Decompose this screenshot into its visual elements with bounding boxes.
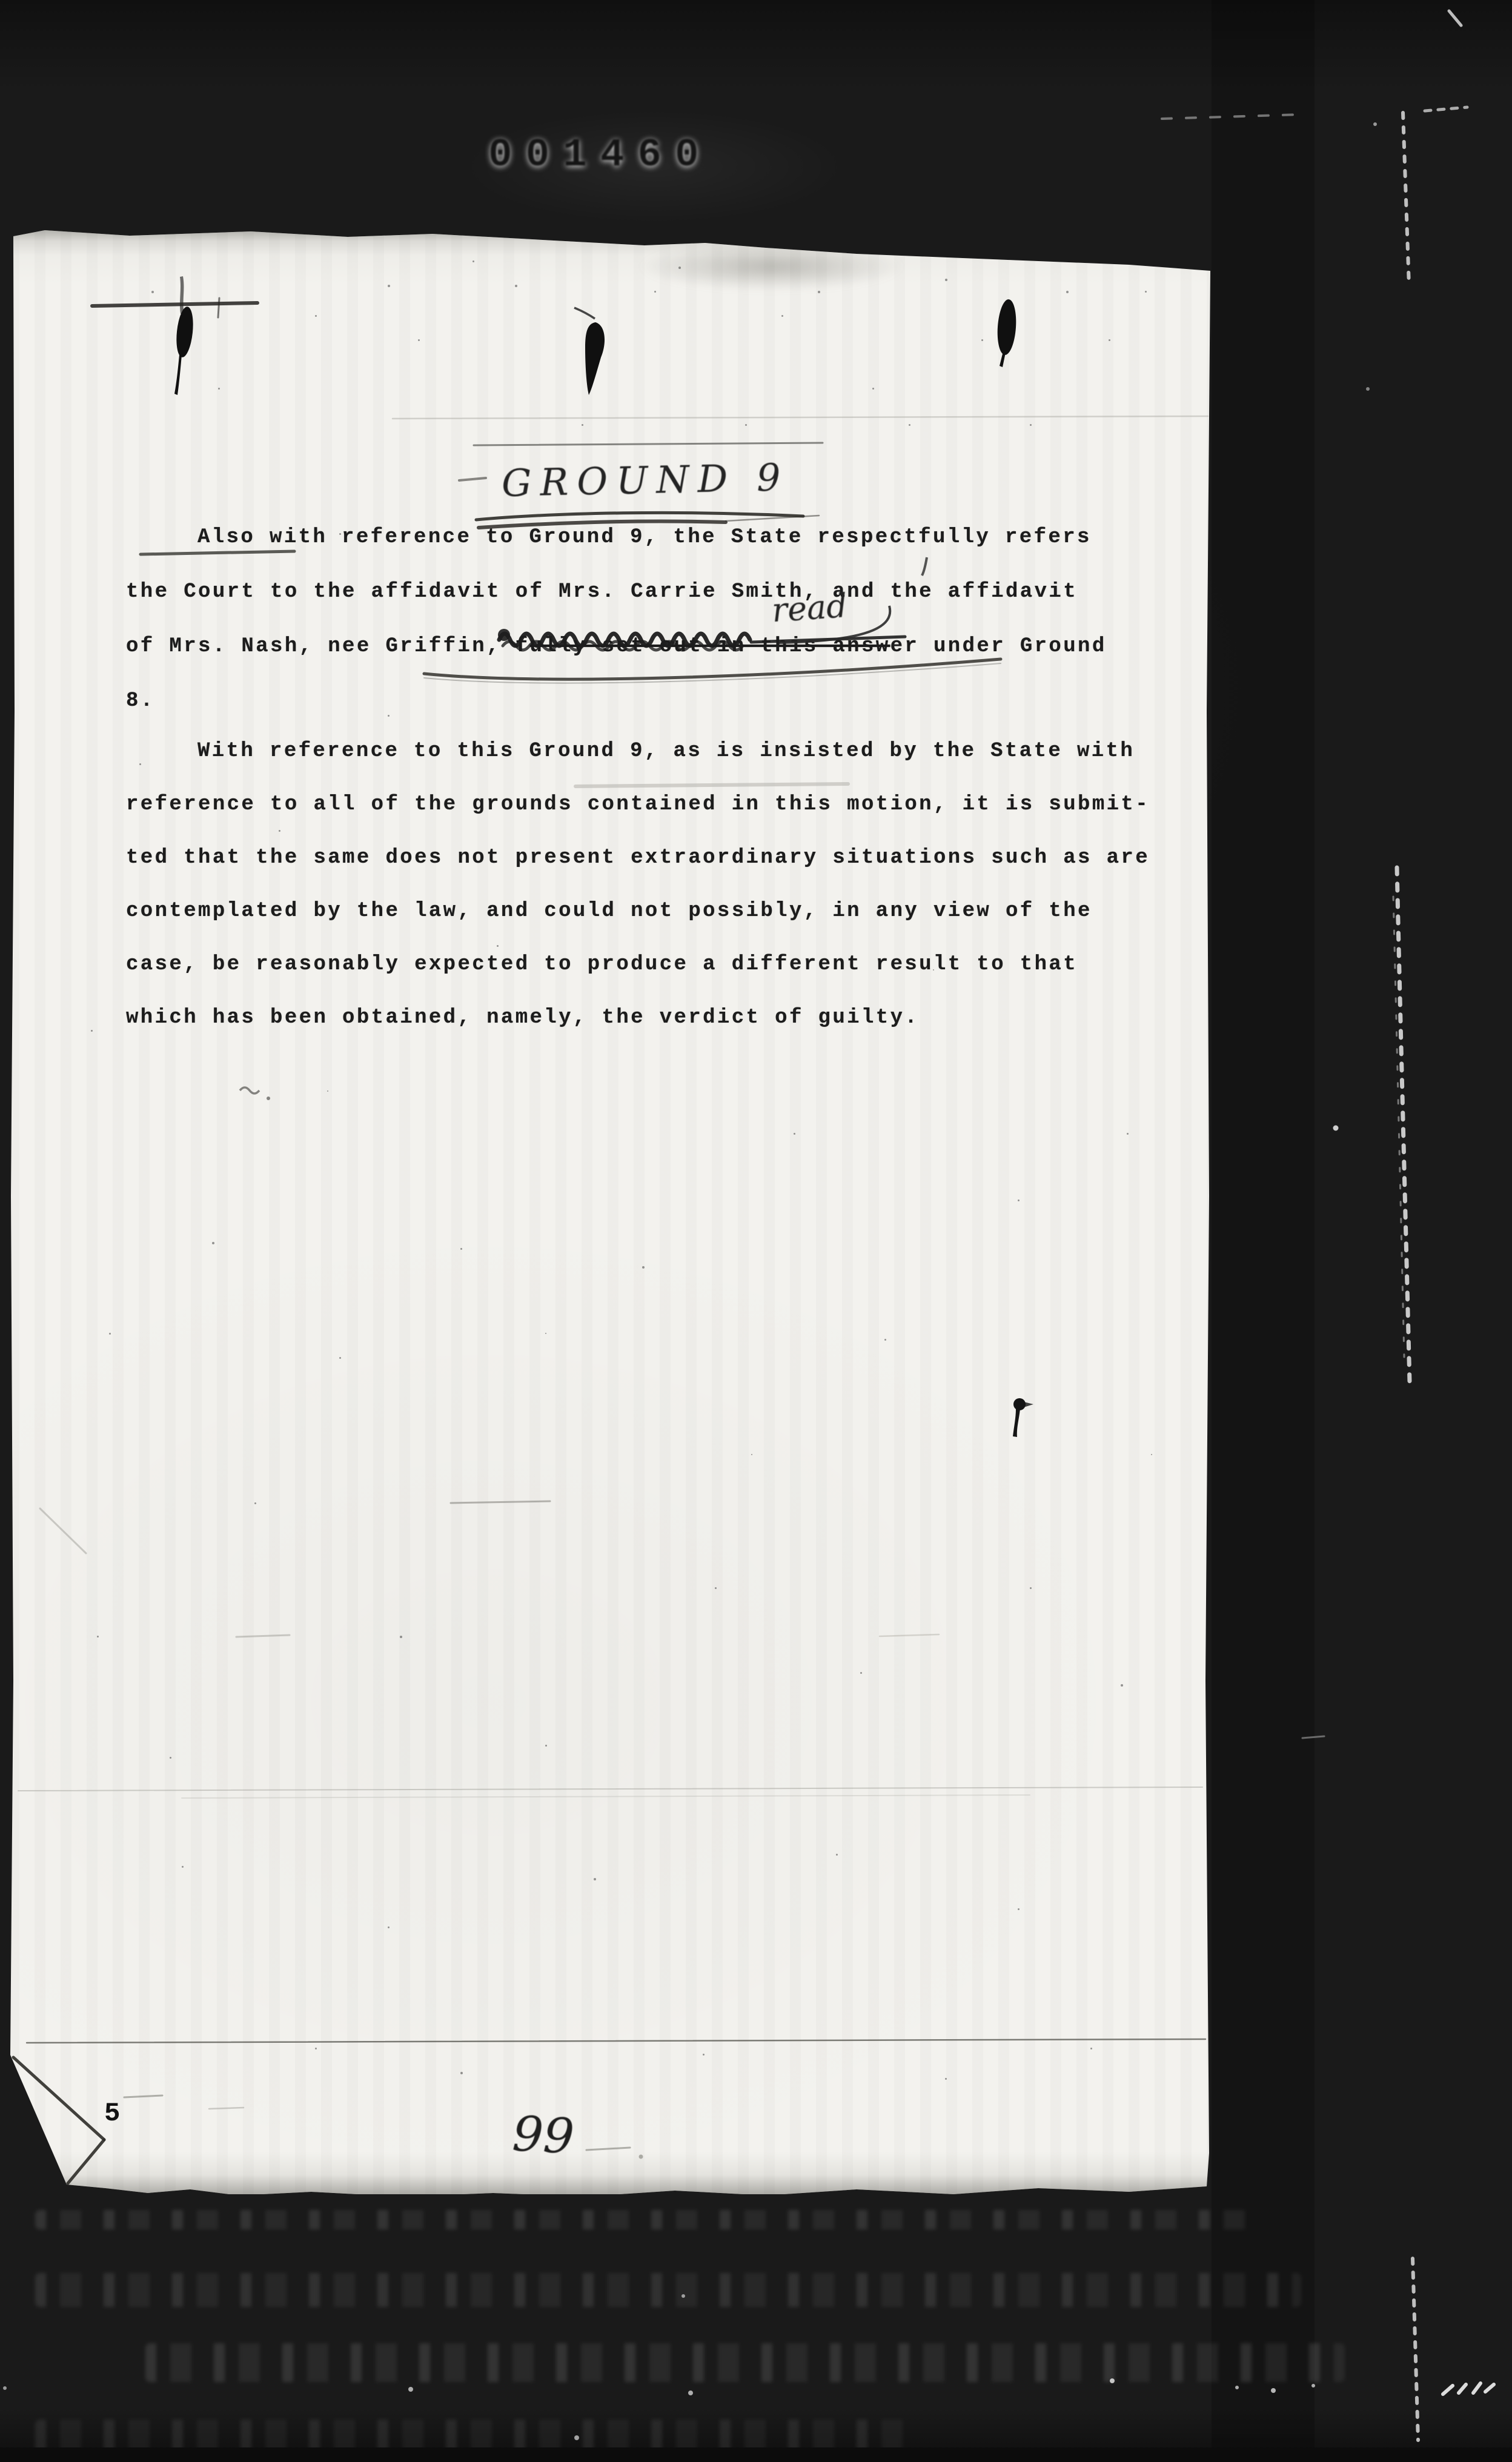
paragraph-1-line-4: 8. bbox=[126, 674, 1107, 728]
paper-speck bbox=[745, 424, 747, 426]
paper-speck bbox=[794, 1133, 795, 1135]
ghost-text-row bbox=[35, 2210, 1265, 2229]
paper-speck bbox=[327, 1090, 328, 1092]
paper-speck bbox=[388, 285, 390, 287]
paper-speck bbox=[703, 2054, 705, 2056]
paper-speck bbox=[1121, 1684, 1123, 1687]
paper-speck bbox=[945, 279, 947, 281]
handwritten-heading: GROUND 9 bbox=[501, 455, 789, 505]
paper-speck bbox=[1145, 291, 1147, 293]
paper-speck bbox=[1030, 1587, 1032, 1589]
paper-speck bbox=[460, 1248, 462, 1250]
paper-speck bbox=[315, 315, 317, 317]
ghost-text-row bbox=[145, 2343, 1345, 2382]
paper-speck bbox=[418, 339, 420, 341]
paragraph-1-line-1: Also with reference to Ground 9, the Sta… bbox=[126, 510, 1107, 565]
paper-speck bbox=[1018, 1908, 1020, 1910]
paper-speck bbox=[1018, 1199, 1020, 1201]
paper-speck bbox=[884, 1339, 886, 1341]
paper-speck bbox=[460, 2072, 463, 2074]
paper-speck bbox=[339, 1357, 341, 1359]
film-bottom-strip bbox=[0, 2447, 1512, 2462]
paper-speck bbox=[97, 1636, 99, 1637]
paper-speck bbox=[654, 291, 656, 293]
paper-speck bbox=[400, 1636, 402, 1638]
paper-speck bbox=[981, 339, 983, 341]
paper-speck bbox=[1066, 291, 1069, 293]
paper-speck bbox=[545, 1745, 547, 1747]
paper-speck bbox=[254, 1502, 256, 1504]
paper-speck bbox=[818, 291, 820, 293]
line-3-suffix: er under Ground bbox=[890, 635, 1107, 658]
film-stamp-number: 001460 001460 bbox=[488, 133, 827, 194]
paper-speck bbox=[678, 267, 681, 269]
paper-speck bbox=[1109, 339, 1110, 341]
stamp-ink-layer: 001460 bbox=[488, 132, 712, 178]
paper-speck bbox=[836, 1854, 838, 1856]
handwritten-correction: read bbox=[771, 586, 849, 630]
paper-speck bbox=[182, 1866, 184, 1868]
paragraph-1-line-2: the Court to the affidavit of Mrs. Carri… bbox=[126, 565, 1107, 619]
paragraph-1-line-3: of Mrs. Nash, nee Griffin, fully set out… bbox=[126, 619, 1107, 674]
paper-speck bbox=[212, 1242, 214, 1244]
paragraph-1: Also with reference to Ground 9, the Sta… bbox=[126, 510, 1107, 728]
paragraph-2-line-1: With reference to this Ground 9, as is i… bbox=[126, 725, 1150, 778]
paper-speck bbox=[472, 260, 474, 262]
paper-speck bbox=[642, 1266, 645, 1269]
paper-speck bbox=[781, 315, 783, 317]
paragraph-2-line-5: case, be reasonably expected to produce … bbox=[126, 938, 1150, 991]
film-right-margin bbox=[1212, 0, 1315, 2462]
line-3-prefix: of Mrs. Nash, nee Griffin, f bbox=[126, 635, 530, 658]
paper-speck bbox=[872, 388, 874, 390]
paper-speck bbox=[715, 1587, 717, 1589]
paper-speck bbox=[315, 2048, 317, 2049]
paper-speck bbox=[945, 2078, 947, 2080]
paper-speck bbox=[860, 1672, 862, 1674]
paper-speck bbox=[751, 1454, 752, 1455]
paragraph-2-line-3: ted that the same does not present extra… bbox=[126, 831, 1150, 884]
line-3-struck-text: ully set out in this answ bbox=[530, 635, 890, 658]
paper-speck bbox=[909, 424, 910, 426]
paper-speck bbox=[170, 1757, 171, 1759]
paper-speck bbox=[1151, 1454, 1152, 1455]
paragraph-2-line-2: reference to all of the grounds containe… bbox=[126, 778, 1150, 831]
paper-speck bbox=[1127, 1133, 1129, 1135]
paper-speck bbox=[218, 388, 220, 390]
folio-number-handwritten: 99 bbox=[511, 2105, 576, 2165]
paper-speck bbox=[388, 1926, 390, 1928]
paper-speck bbox=[91, 1030, 93, 1032]
paper-speck bbox=[151, 291, 154, 293]
paper-speck bbox=[1090, 2048, 1092, 2049]
paragraph-2: With reference to this Ground 9, as is i… bbox=[126, 725, 1150, 1044]
microfilm-frame: 001460 001460 GROUND 9 Also with referen… bbox=[0, 0, 1512, 2462]
paragraph-2-line-4: contemplated by the law, and could not p… bbox=[126, 884, 1150, 938]
paper-speck bbox=[1030, 424, 1032, 426]
paper-speck bbox=[582, 424, 583, 426]
paragraph-2-line-6: which has been obtained, namely, the ver… bbox=[126, 991, 1150, 1044]
paper-speck bbox=[109, 1333, 111, 1335]
paper-speck bbox=[545, 1333, 546, 1334]
ghost-text-row bbox=[35, 2273, 1301, 2307]
page-number: 5 bbox=[104, 2099, 120, 2129]
paper-speck bbox=[594, 1878, 596, 1880]
paper-speck bbox=[515, 285, 517, 287]
